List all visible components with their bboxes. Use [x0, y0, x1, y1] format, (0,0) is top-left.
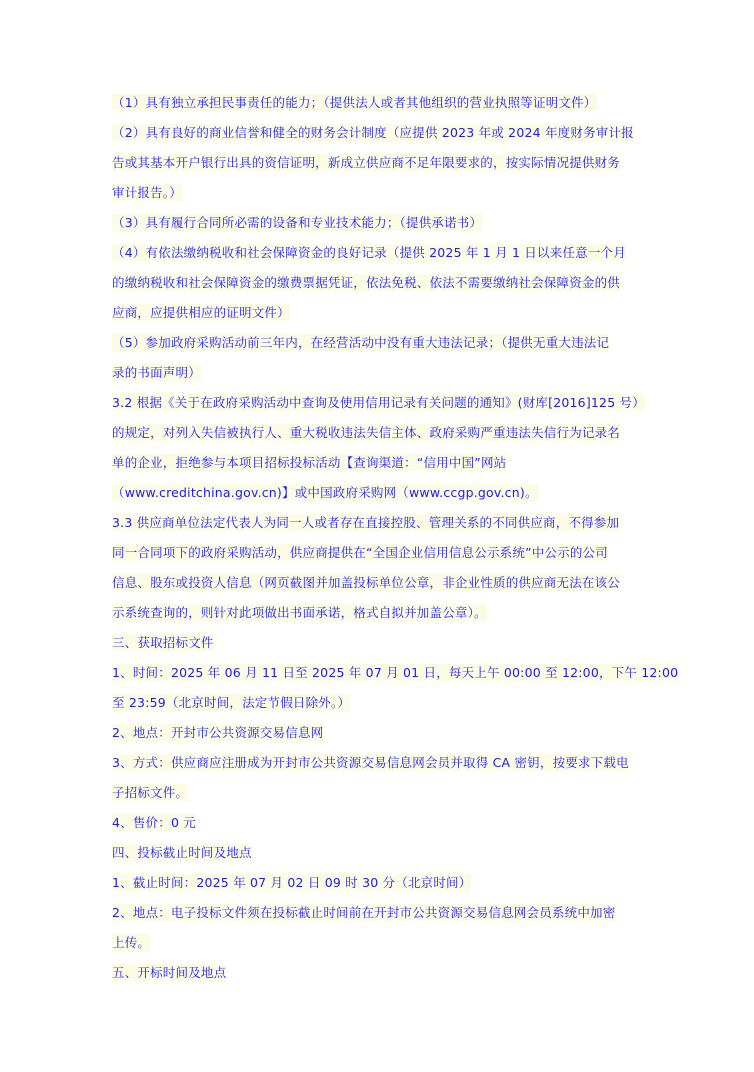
document-page: （1）具有独立承担民事责任的能力；（提供法人或者其他组织的营业执照等证明文件） … — [112, 91, 648, 991]
requirement-5-end: 录的书面声明） — [112, 361, 648, 391]
section-4-deadline: 1、截止时间：2025 年 07 月 02 日 09 时 30 分（北京时间） — [112, 871, 648, 901]
section-4-location: 2、地点：电子投标文件须在投标截止时间前在开封市公共资源交易信息网会员系统中加密 — [112, 901, 648, 931]
section-3-method: 3、方式：供应商应注册成为开封市公共资源交易信息网会员并取得 CA 密钥，按要求… — [112, 751, 648, 781]
section-4-location-cont: 上传。 — [112, 931, 648, 961]
requirement-4-cont: 的缴纳税收和社会保障资金的缴费票据凭证，依法免税、依法不需要缴纳社会保障资金的供 — [112, 271, 648, 301]
clause-3-3: 3.3 供应商单位法定代表人为同一人或者存在直接控股、管理关系的不同供应商，不得… — [112, 511, 648, 541]
clause-3-3-cont: 同一合同项下的政府采购活动，供应商提供在“全国企业信用信息公示系统”中公示的公司 — [112, 541, 648, 571]
clause-3-2: 3.2 根据《关于在政府采购活动中查询及使用信用记录有关问题的通知》(财库[20… — [112, 391, 648, 421]
section-5-heading: 五、开标时间及地点 — [112, 961, 648, 991]
requirement-2: （2）具有良好的商业信誉和健全的财务会计制度（应提供 2023 年或 2024 … — [112, 121, 648, 151]
clause-3-2-urls: （www.creditchina.gov.cn)】或中国政府采购网（www.cc… — [112, 481, 648, 511]
requirement-3: （3）具有履行合同所必需的设备和专业技术能力；（提供承诺书） — [112, 211, 648, 241]
requirement-2-cont: 告或其基本开户银行出具的资信证明，新成立供应商不足年限要求的，按实际情况提供财务 — [112, 151, 648, 181]
clause-3-2-cont2: 单的企业，拒绝参与本项目招标投标活动【查询渠道：“信用中国”网站 — [112, 451, 648, 481]
clause-3-3-cont2: 信息、股东或投资人信息（网页截图并加盖投标单位公章，非企业性质的供应商无法在该公 — [112, 571, 648, 601]
section-3-time-cont: 至 23:59（北京时间，法定节假日除外。） — [112, 691, 648, 721]
section-3-method-cont: 子招标文件。 — [112, 781, 648, 811]
section-3-time: 1、时间：2025 年 06 月 11 日至 2025 年 07 月 01 日，… — [112, 661, 648, 691]
requirement-4-end: 应商，应提供相应的证明文件） — [112, 301, 648, 331]
requirement-4: （4）有依法缴纳税收和社会保障资金的良好记录（提供 2025 年 1 月 1 日… — [112, 241, 648, 271]
requirement-5: （5）参加政府采购活动前三年内，在经营活动中没有重大违法记录；（提供无重大违法记 — [112, 331, 648, 361]
section-3-heading: 三、获取招标文件 — [112, 631, 648, 661]
clause-3-3-end: 示系统查询的，则针对此项做出书面承诺，格式自拟并加盖公章）。 — [112, 601, 648, 631]
clause-3-2-cont: 的规定，对列入失信被执行人、重大税收违法失信主体、政府采购严重违法失信行为记录名 — [112, 421, 648, 451]
section-4-heading: 四、投标截止时间及地点 — [112, 841, 648, 871]
section-3-price: 4、售价：0 元 — [112, 811, 648, 841]
section-3-location: 2、地点：开封市公共资源交易信息网 — [112, 721, 648, 751]
requirement-1: （1）具有独立承担民事责任的能力；（提供法人或者其他组织的营业执照等证明文件） — [112, 91, 648, 121]
requirement-2-end: 审计报告。） — [112, 181, 648, 211]
